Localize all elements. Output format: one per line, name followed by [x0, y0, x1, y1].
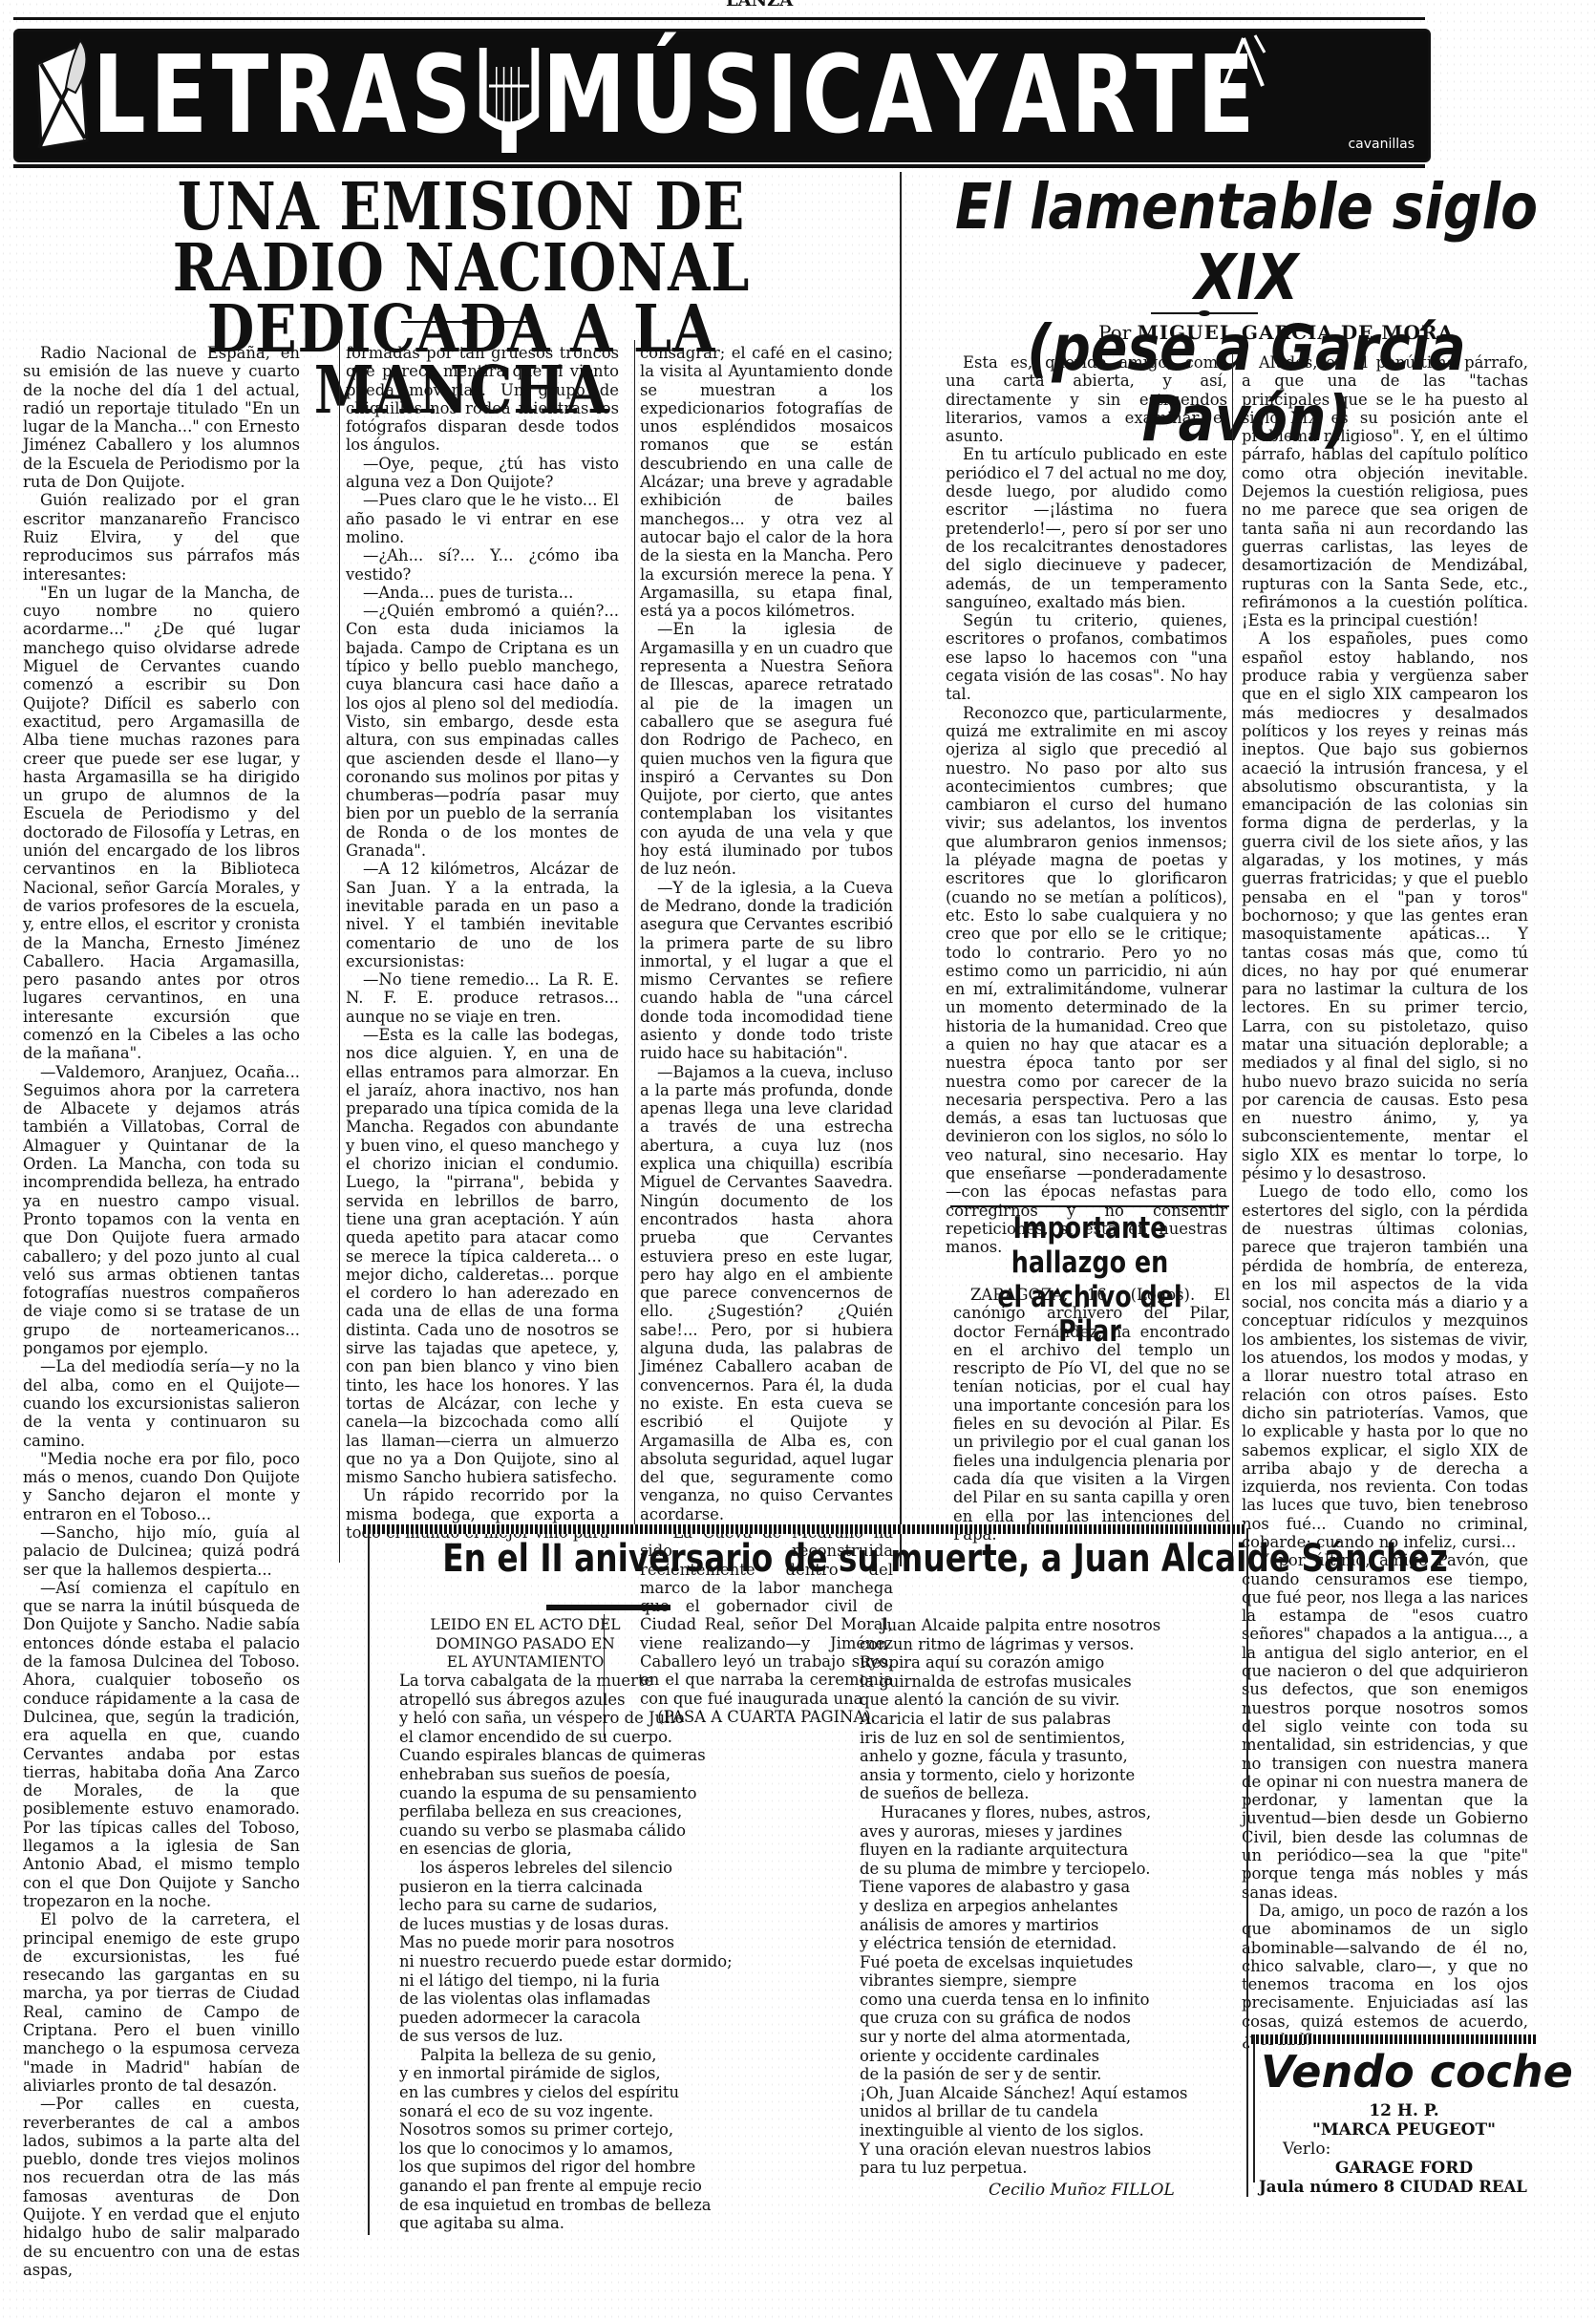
paragraph: —Por calles en cuesta, reverberantes de … [23, 2095, 300, 2279]
poem-line: Fué poeta de excelsas inquietudes [860, 1953, 1187, 1972]
poem-line: en las cumbres y cielos del espíritu [399, 2083, 733, 2102]
paragraph: —Sancho, hijo mío, guía al palacio de Du… [23, 1523, 300, 1579]
poem-line: para tu luz perpetua. [860, 2159, 1187, 2178]
lyre-icon [476, 38, 543, 153]
poem-line: enhebraban sus sueños de poesía, [399, 1765, 733, 1784]
poem-line: de sus versos de luz. [399, 2027, 733, 2046]
headline-ornament-divider [1151, 310, 1258, 316]
poem-line: que cruza con su gráfica de nodos [860, 2009, 1187, 2028]
poem-line: ganando el pan frente al empuje recio [399, 2177, 733, 2196]
poem-subhead: LEIDO EN EL ACTO DEL DOMINGO PASADO EN E… [430, 1616, 621, 1672]
box-right-border [1246, 1528, 1248, 1777]
poem-line: La torva cabalgata de la muerte [399, 1672, 733, 1691]
poem-line: de las violentas olas inflamadas [399, 1990, 733, 2009]
poem-line: Respira aquí su corazón amigo [860, 1653, 1187, 1672]
poem-line: de la pasión de ser y de sentir. [860, 2065, 1187, 2084]
masthead-artist-credit: cavanillas [1348, 137, 1415, 152]
paragraph: —Valdemoro, Aranjuez, Ocaña... Seguimos … [23, 1063, 300, 1358]
article-siglo-column-2: Aludes, en el penúltimo párrafo, a que u… [1242, 353, 1528, 2049]
poem-line: sur y norte del alma atormentada, [860, 2028, 1187, 2047]
box-hatched-rule [363, 1524, 1246, 1534]
poem-line: como una cuerda tensa en lo infinito [860, 1991, 1187, 2010]
poem-line: la guirnalda de estrofas musicales [860, 1672, 1187, 1692]
poem-line: aves y auroras, mieses y jardines [860, 1822, 1187, 1842]
poem-line: de esa inquietud en trombas de belleza [399, 2196, 733, 2215]
page-top-label: LANZA [726, 0, 793, 11]
poem-line: Palpita la belleza de su genio, [399, 2046, 733, 2065]
poem-line: los que supimos del rigor del hombre [399, 2158, 733, 2177]
poem-line: que agitaba su alma. [399, 2214, 733, 2233]
headline-line1: Importante hallazgo en [975, 1211, 1203, 1280]
byline-author: MIGUEL GARCIA DE MORA [1138, 321, 1455, 344]
paragraph: Aludes, en el penúltimo párrafo, a que u… [1242, 353, 1528, 629]
paragraph: Da, amigo, un poco de razón a los que ab… [1242, 1902, 1528, 2049]
paragraph: El polvo de la carretera, el principal e… [23, 1910, 300, 2095]
paragraph: —No tiene remedio... La R. E. N. F. E. p… [346, 970, 619, 1026]
poem-line: análisis de amores y martirios [860, 1916, 1187, 1935]
paragraph: —Así comienza el capítulo en que se narr… [23, 1579, 300, 1910]
advert-address: Jaula número 8 CIUDAD REAL [1259, 2178, 1527, 2196]
poem-line: iris de luz en sol de sentimientos, [860, 1729, 1187, 1748]
poem-line: y desliza en arpegios anhelantes [860, 1897, 1187, 1916]
poem-line: de su pluma de mimbre y terciopelo. [860, 1860, 1187, 1879]
article-radio-column-3: consagrar; el café en el casino; la visi… [640, 344, 893, 1726]
masthead-word-y: Y [937, 33, 1002, 158]
poem-line: inextinguible al viento de los siglos. [860, 2121, 1187, 2140]
column-divider-main [900, 172, 902, 1566]
poem-line: vibrantes siempre, siempre [860, 1971, 1187, 1991]
poem-line: los que lo conocimos y lo amamos, [399, 2140, 733, 2159]
paragraph: Esta es, querido amigo, como una carta a… [946, 353, 1227, 445]
poem-line: Y una oración elevan nuestros labios [860, 2140, 1187, 2160]
masthead-word-letras: LETRAS [93, 33, 476, 158]
poem-column-2: Juan Alcaide palpita entre nosotros con … [860, 1616, 1187, 2178]
column-divider [339, 340, 340, 1563]
poem-line: de luces mustias y de losas duras. [399, 1915, 733, 1934]
poem-line: Cuando espirales blancas de quimeras [399, 1746, 733, 1765]
paragraph: ZARAGOZA, 16. (Logos). El canónigo archi… [953, 1286, 1230, 1544]
paragraph: —Anda... pues de turista... [346, 584, 619, 602]
poem-line: cuando su verbo se plasmaba cálido [399, 1821, 733, 1841]
poem-line: con un ritmo de lágrimas y versos. [860, 1635, 1187, 1654]
section-masthead: LETRAS MÚSICA Y ARTE cavanillas [13, 29, 1431, 162]
paragraph: —A 12 kilómetros, Alcázar de San Juan. Y… [346, 860, 619, 970]
article-pilar-body: ZARAGOZA, 16. (Logos). El canónigo archi… [953, 1286, 1230, 1544]
poem-line: lecho para su carne de sudarios, [399, 1896, 733, 1915]
masthead-title: LETRAS MÚSICA Y ARTE [93, 41, 1091, 150]
poem-line: en esencias de gloria, [399, 1840, 733, 1859]
poem-line: Mas no puede morir para nosotros [399, 1933, 733, 1952]
advert-title: Vendo coche [1261, 2046, 1573, 2097]
poem-line: y en inmortal pirámide de siglos, [399, 2064, 733, 2083]
paragraph: —Oye, peque, ¿tú has visto alguna vez a … [346, 455, 619, 492]
poem-line: de sueños de belleza. [860, 1784, 1187, 1803]
poem-line: oriente y occidente cardinales [860, 2047, 1187, 2066]
paragraph: Guión realizado por el gran escritor man… [23, 491, 300, 583]
column-divider [1232, 353, 1233, 1557]
column-divider [634, 340, 635, 1524]
poem-line: anhelo y gozne, fácula y trasunto, [860, 1747, 1187, 1766]
paragraph: —Y de la iglesia, a la Cueva de Medrano,… [640, 879, 893, 1063]
headline-line1: UNA EMISION DE RADIO NACIONAL [96, 177, 826, 299]
article-alcaide-headline: En el II aniversario de su muerte, a Jua… [442, 1536, 1167, 1582]
poem-line: ¡Oh, Juan Alcaide Sánchez! Aquí estamos [860, 2084, 1187, 2103]
headline-line1: El lamentable siglo XIX [950, 172, 1542, 313]
poem-line: cuando la espuma de su pensamiento [399, 1784, 733, 1803]
book-quill-icon [28, 35, 95, 155]
box-left-border [368, 1528, 370, 2235]
paragraph: —¿Ah... sí?... Y... ¿cómo iba vestido? [346, 546, 619, 584]
poem-line: atropelló sus ábregos azules [399, 1691, 733, 1710]
paragraph: "En un lugar de la Mancha, de cuyo nombr… [23, 584, 300, 1063]
masthead-bottom-rule [13, 164, 1425, 168]
poem-line: Juan Alcaide palpita entre nosotros [860, 1616, 1187, 1635]
paragraph: consagrar; el café en el casino; la visi… [640, 344, 893, 620]
box-rule [950, 1205, 1229, 1207]
masthead-word-musica: MÚSICA [543, 33, 937, 158]
poem-line: sonará el eco de su voz ingente. [399, 2102, 733, 2121]
poem-line: los ásperos lebreles del silencio [399, 1859, 733, 1878]
article-radio-column-1: Radio Nacional de España, en su emisión … [23, 344, 300, 2279]
advert-see-label: Verlo: [1283, 2140, 1330, 2159]
article-byline: Por MIGUEL GARCIA DE MORA [1098, 321, 1454, 344]
paragraph: —La del mediodía sería—y no la del alba,… [23, 1357, 300, 1449]
poem-line: Acaricia el latir de sus palabras [860, 1710, 1187, 1729]
paragraph: —Esta es la calle las bodegas, nos dice … [346, 1026, 619, 1486]
paragraph: —En la iglesia de Argamasilla y en un cu… [640, 620, 893, 878]
paragraph: "Media noche era por filo, poco más o me… [23, 1450, 300, 1523]
advert-left-border [1253, 2034, 1255, 2183]
paragraph: Reconozco que, particularmente, quizá me… [946, 704, 1227, 1257]
paragraph: —¿Quién embromó a quién?... Con esta dud… [346, 602, 619, 860]
top-rule [13, 17, 1425, 20]
poem-line: Tiene vapores de alabastro y gasa [860, 1878, 1187, 1897]
paragraph: Radio Nacional de España, en su emisión … [23, 344, 300, 491]
advert-hatched-rule [1251, 2034, 1538, 2044]
poem-line: unidos al brillar de tu candela [860, 2102, 1187, 2121]
poem-line: ni nuestro recuerdo puede estar dormido; [399, 1952, 733, 1971]
poem-line: ansia y tormento, cielo y horizonte [860, 1766, 1187, 1785]
paragraph: Y por último, amigo Pavón, que cuando ce… [1242, 1551, 1528, 1902]
byline-prefix: Por [1098, 321, 1131, 344]
poem-line: que alentó la canción de su vivir. [860, 1691, 1187, 1710]
poem-line: y heló con saña, un véspero de Julio [399, 1709, 733, 1728]
headline-underline [546, 1605, 670, 1610]
poem-line: el clamor encendido de su cuerpo. [399, 1728, 733, 1747]
paragraph: —Pues claro que le he visto... El año pa… [346, 491, 619, 546]
poem-column-1: La torva cabalgata de la muerte atropell… [399, 1672, 733, 2233]
article-radio-column-2: formadas por tan gruesos troncos que par… [346, 344, 619, 1542]
poem-line: pueden adormecer la caracola [399, 2009, 733, 2028]
poem-line: pusieron en la tierra calcinada [399, 1878, 733, 1897]
dateline: ZARAGOZA, 16. (Logos). [970, 1286, 1195, 1304]
advert-power: 12 H. P. [1280, 2101, 1528, 2120]
paragraph: Según tu criterio, quienes, escritores o… [946, 611, 1227, 703]
advert-garage: GARAGE FORD [1280, 2159, 1528, 2178]
poem-line: perfilaba belleza en sus creaciones, [399, 1802, 733, 1821]
advert-brand: "MARCA PEUGEOT" [1280, 2120, 1528, 2140]
poem-line: Huracanes y flores, nubes, astros, [860, 1803, 1187, 1822]
poem-line: ni el látigo del tiempo, ni la furia [399, 1971, 733, 1991]
paragraph: —Bajamos a la cueva, incluso a la parte … [640, 1063, 893, 1523]
article-siglo-column-1: Esta es, querido amigo, como una carta a… [946, 353, 1227, 1257]
poem-line: Nosotros somos su primer cortejo, [399, 2120, 733, 2140]
poem-line: y eléctrica tensión de eternidad. [860, 1934, 1187, 1953]
paragraph: formadas por tan gruesos troncos que par… [346, 344, 619, 455]
poem-line: fluyen en la radiante arquitectura [860, 1841, 1187, 1860]
paragraph: A los españoles, pues como español estoy… [1242, 629, 1528, 1182]
easel-icon [1215, 33, 1272, 91]
paragraph: En tu artículo publicado en este periódi… [946, 445, 1227, 611]
headline-ornament-divider [401, 319, 535, 325]
paragraph: Luego de todo ello, como los estertores … [1242, 1182, 1528, 1551]
body-text: El canónigo archivero del Pilar, doctor … [953, 1286, 1230, 1544]
box-bottom-left-bracket [1246, 1777, 1248, 2197]
poem-signature: Cecilio Muñoz FILLOL [989, 2181, 1175, 2200]
